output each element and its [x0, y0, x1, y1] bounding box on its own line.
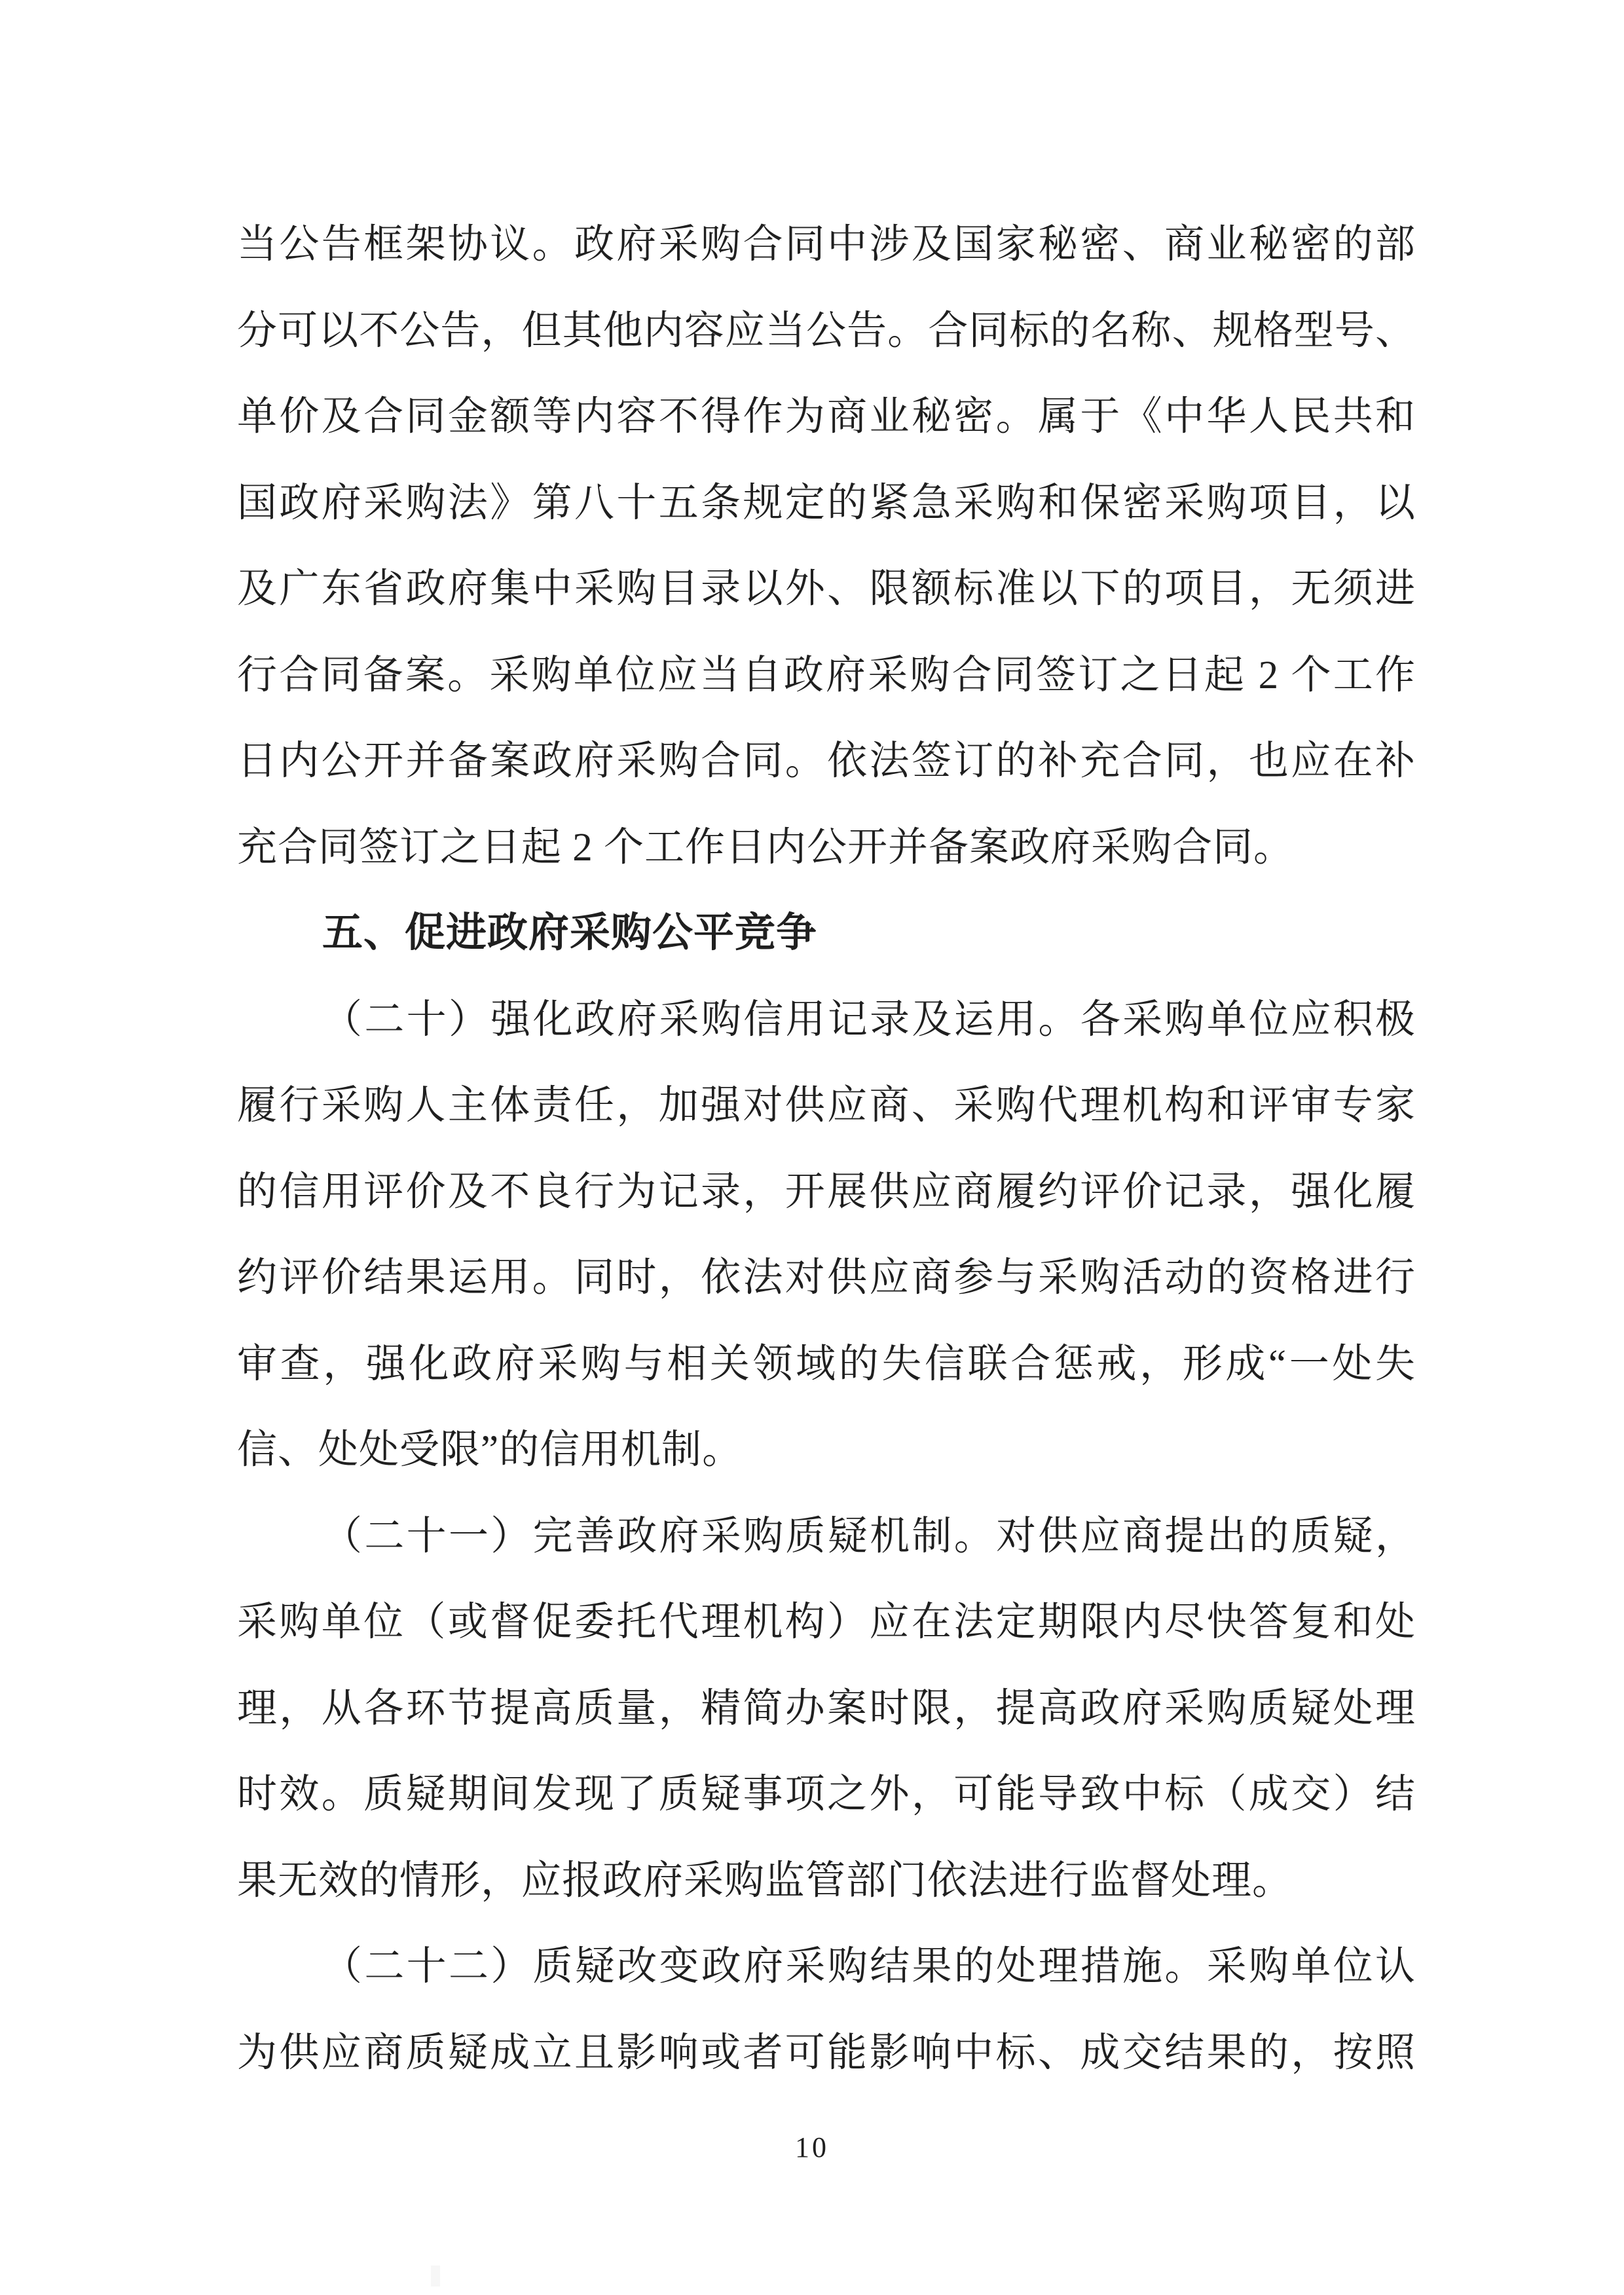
- document-page: 当公告框架协议。政府采购合同中涉及国家秘密、商业秘密的部 分可以不公告，但其他内…: [0, 0, 1624, 2295]
- text-line: 国政府采购法》第八十五条规定的紧急采购和保密采购项目，以: [237, 460, 1416, 547]
- text-line: （二十）强化政府采购信用记录及运用。各采购单位应积极: [237, 977, 1416, 1063]
- text-line: 约评价结果运用。同时，依法对供应商参与采购活动的资格进行: [237, 1235, 1416, 1321]
- text-line: 分可以不公告，但其他内容应当公告。合同标的名称、规格型号、: [237, 288, 1416, 375]
- text-line: 履行采购人主体责任，加强对供应商、采购代理机构和评审专家: [237, 1063, 1416, 1149]
- text-line: 的信用评价及不良行为记录，开展供应商履约评价记录，强化履: [237, 1149, 1416, 1236]
- text-line: 当公告框架协议。政府采购合同中涉及国家秘密、商业秘密的部: [237, 202, 1416, 288]
- text-line: 采购单位（或督促委托代理机构）应在法定期限内尽快答复和处: [237, 1579, 1416, 1666]
- text-line: 果无效的情形，应报政府采购监管部门依法进行监督处理。: [237, 1838, 1416, 1924]
- text-line: 信、处处受限”的信用机制。: [237, 1407, 1416, 1494]
- text-line: （二十一）完善政府采购质疑机制。对供应商提出的质疑，: [237, 1494, 1416, 1580]
- text-line: 单价及合同金额等内容不得作为商业秘密。属于《中华人民共和: [237, 374, 1416, 460]
- text-line: 日内公开并备案政府采购合同。依法签订的补充合同，也应在补: [237, 718, 1416, 805]
- text-line: 时效。质疑期间发现了质疑事项之外，可能导致中标（成交）结: [237, 1752, 1416, 1838]
- page-number: 10: [0, 2133, 1624, 2162]
- section-heading: 五、促进政府采购公平竞争: [237, 890, 1416, 977]
- scan-artifact: [431, 2266, 440, 2286]
- text-line: 充合同签订之日起 2 个工作日内公开并备案政府采购合同。: [237, 805, 1416, 891]
- text-line: 为供应商质疑成立且影响或者可能影响中标、成交结果的，按照: [237, 2010, 1416, 2097]
- text-line: 理，从各环节提高质量，精简办案时限，提高政府采购质疑处理: [237, 1666, 1416, 1752]
- document-body: 当公告框架协议。政府采购合同中涉及国家秘密、商业秘密的部 分可以不公告，但其他内…: [237, 202, 1416, 2096]
- text-line: 审查，强化政府采购与相关领域的失信联合惩戒，形成“一处失: [237, 1321, 1416, 1408]
- text-line: 行合同备案。采购单位应当自政府采购合同签订之日起 2 个工作: [237, 633, 1416, 719]
- text-line: 及广东省政府集中采购目录以外、限额标准以下的项目，无须进: [237, 546, 1416, 633]
- text-line: （二十二）质疑改变政府采购结果的处理措施。采购单位认: [237, 1924, 1416, 2010]
